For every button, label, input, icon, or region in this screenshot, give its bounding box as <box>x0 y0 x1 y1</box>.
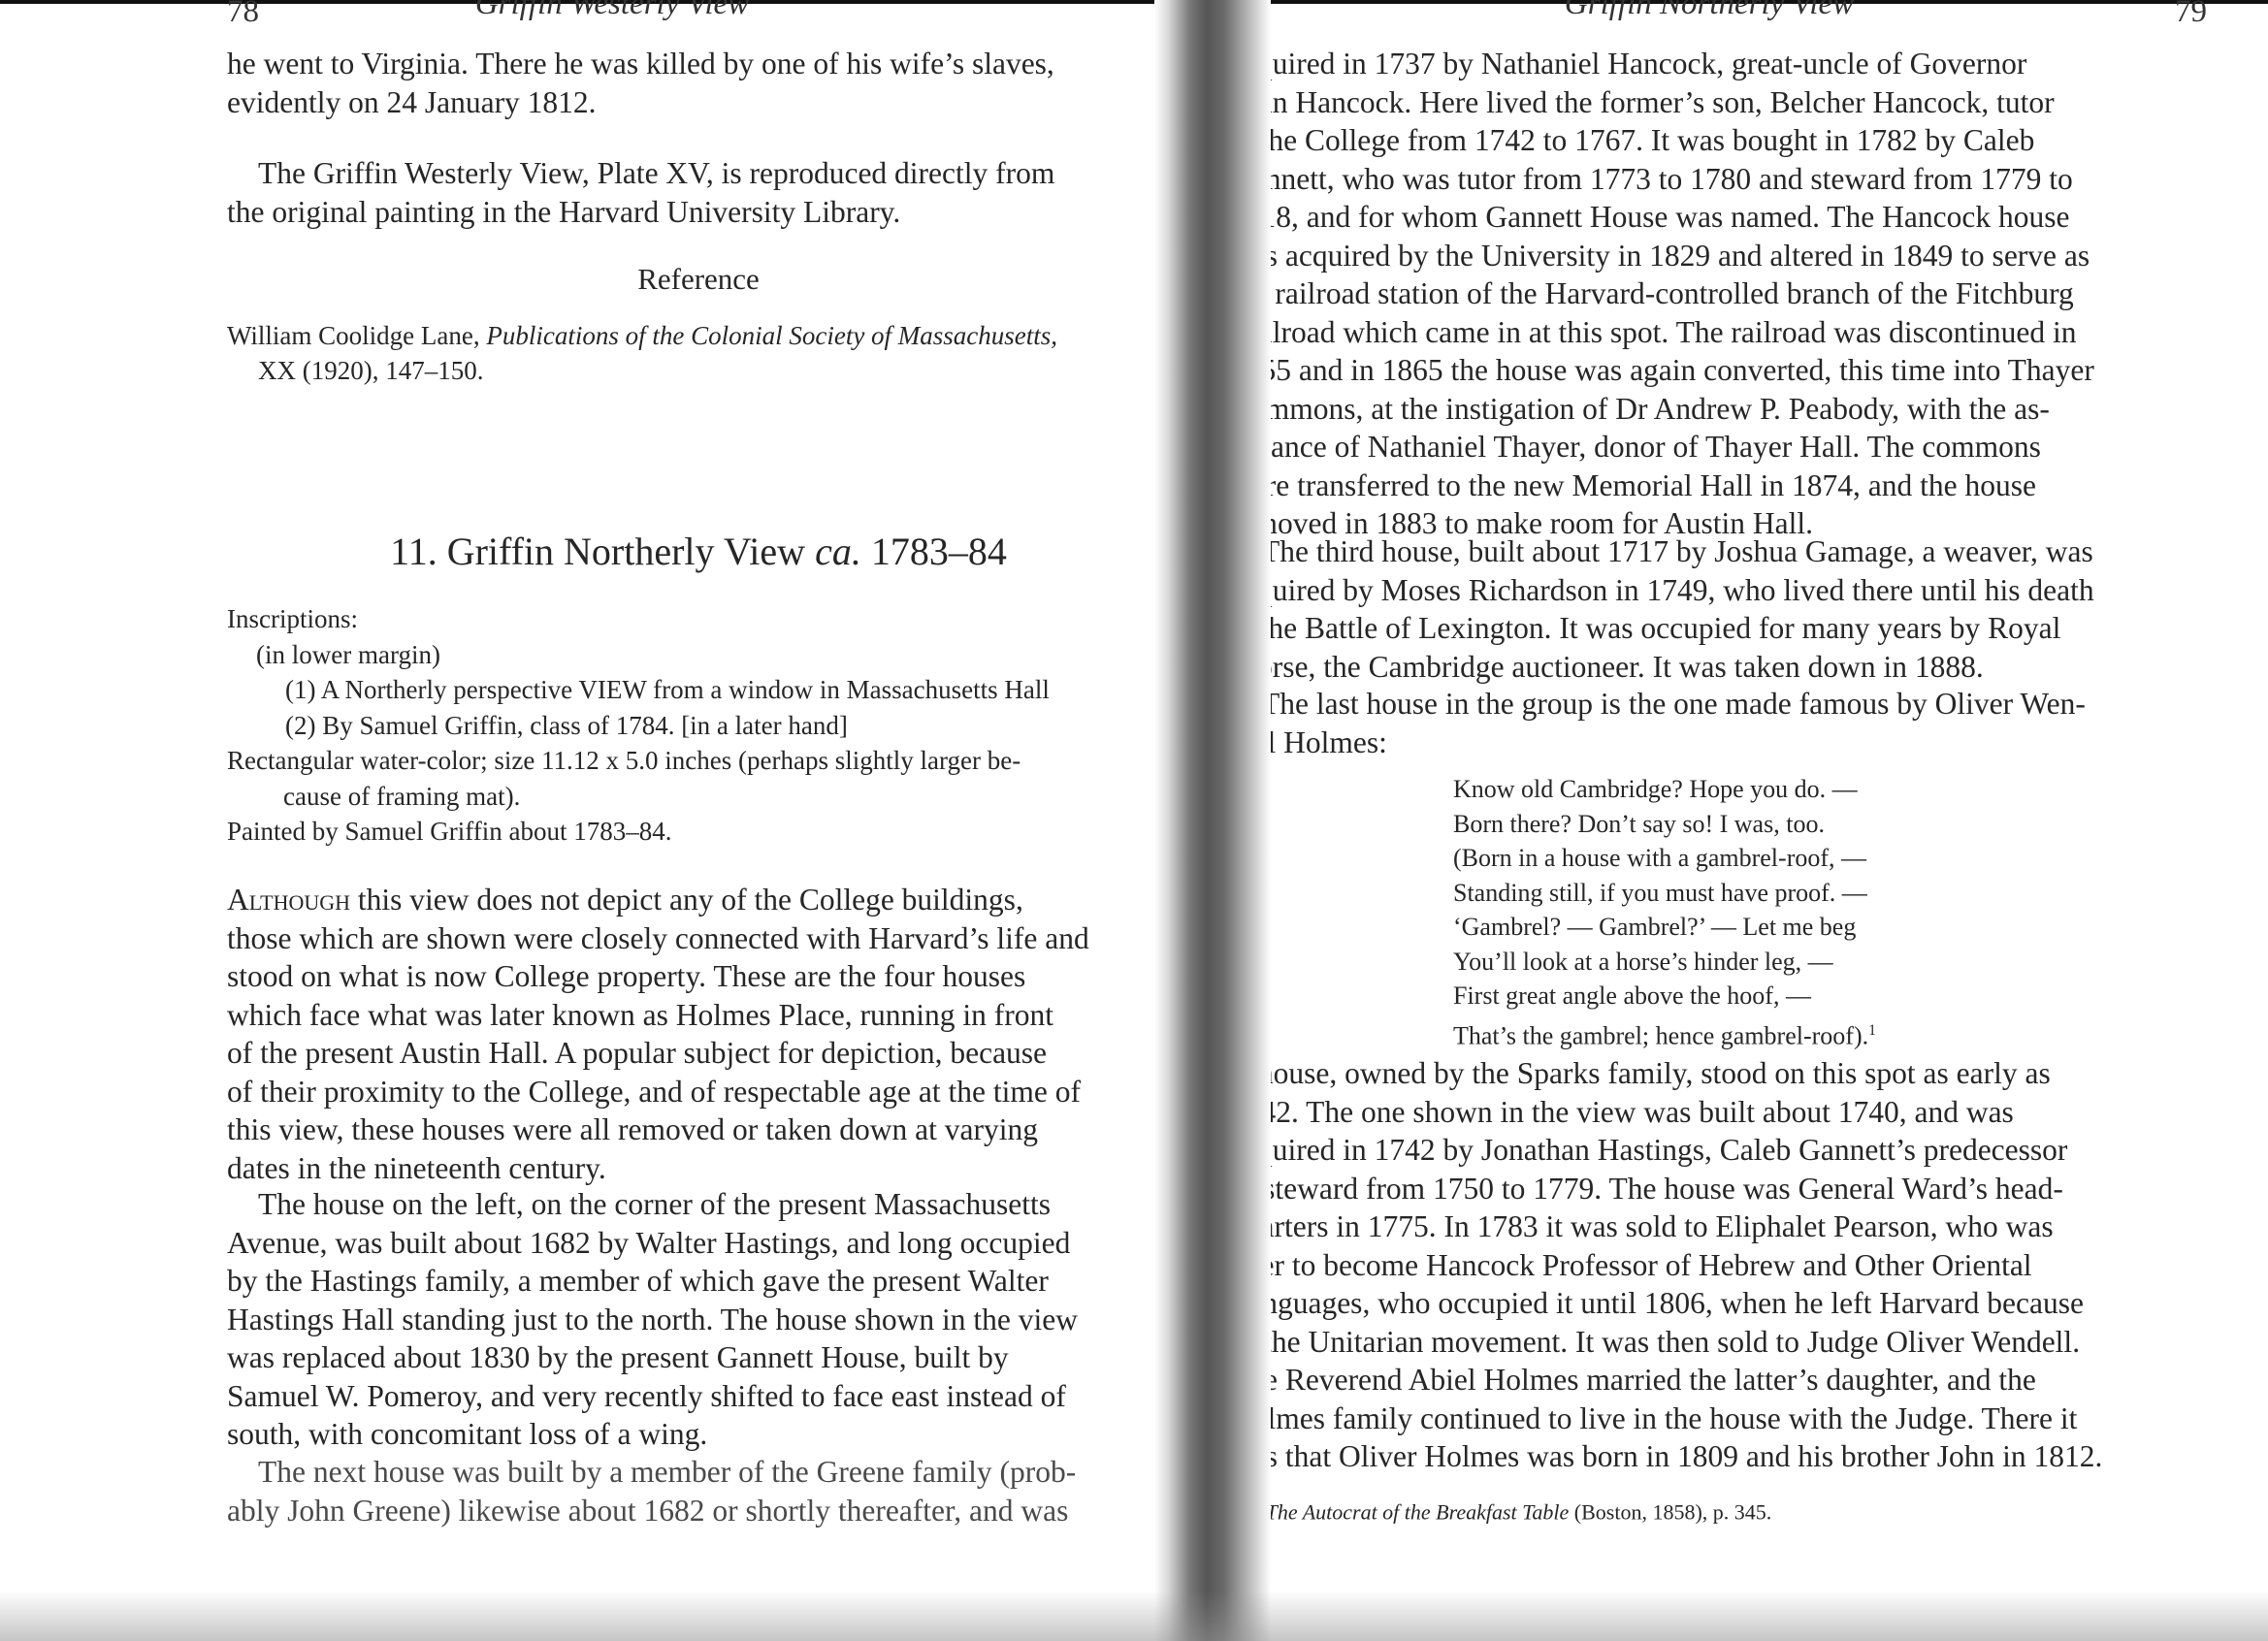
book-gutter-shadow <box>1154 0 1271 1641</box>
plate-note-paragraph: The Griffin Westerly View, Plate XV, is … <box>227 154 1170 231</box>
page-number: 79 <box>2175 0 2207 30</box>
poem-quotation: Know old Cambridge? Hope you do. — Born … <box>1453 772 1876 1053</box>
body-paragraph-1: Although this view does not depict any o… <box>227 881 1170 1187</box>
footnote: 1The Autocrat of the Breakfast Table (Bo… <box>1259 1494 1771 1526</box>
running-head: Griffin Northerly View <box>1185 0 2155 22</box>
opening-paragraph: he went to Virginia. There he was killed… <box>227 45 1170 121</box>
body-paragraph-3: The last house in the group is the one m… <box>1230 685 2204 761</box>
footnote-reference: 1 <box>1868 1022 1876 1039</box>
reference-entry: William Coolidge Lane, Publications of t… <box>227 318 1178 388</box>
reference-heading: Reference <box>227 262 1170 297</box>
page-bottom-shadow <box>0 1591 2268 1641</box>
footnote-title: The Autocrat of the Breakfast Table <box>1266 1499 1570 1524</box>
reference-title: Publications of the Colonial Society of … <box>486 321 1057 350</box>
running-head: Griffin Westerly View <box>0 0 1185 22</box>
body-paragraph-2: The third house, built about 1717 by Jos… <box>1230 532 2204 686</box>
body-paragraph-1: acquired in 1737 by Nathaniel Hancock, g… <box>1230 45 2204 543</box>
body-paragraph-4: A house, owned by the Sparks family, sto… <box>1230 1054 2204 1476</box>
section-heading: 11. Griffin Northerly View ca. 1783–84 <box>227 529 1170 574</box>
body-paragraph-3: The next house was built by a member of … <box>227 1453 1170 1529</box>
left-page: 78 Griffin Westerly View he went to Virg… <box>0 0 1185 1641</box>
body-paragraph-2: The house on the left, on the corner of … <box>227 1185 1170 1454</box>
right-page: Griffin Northerly View 79 acquired in 17… <box>1185 0 2268 1641</box>
catalog-entry: Inscriptions: (in lower margin) (1) A No… <box>227 601 1178 850</box>
